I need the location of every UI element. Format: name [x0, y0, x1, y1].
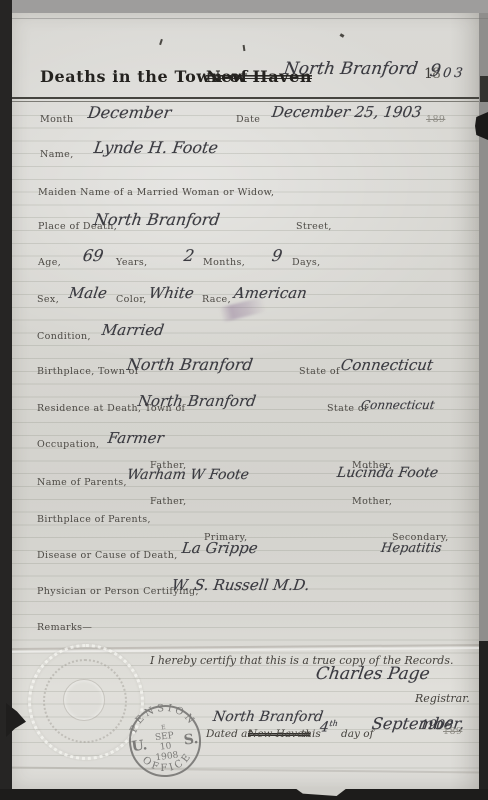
- handwritten-town: North Branford: [283, 59, 419, 79]
- paper-right-shadow: [450, 13, 479, 789]
- race-value: American: [233, 284, 308, 302]
- year-suffix: 03: [442, 66, 467, 81]
- pension-office-stamp-graphic: PENSION OFFICE U. S. E SEP 10 1908: [122, 698, 209, 785]
- parents-birthplace-label: Birthplace of Parents,: [37, 514, 151, 525]
- dated-day-of-label: day of: [341, 728, 373, 740]
- sex-label: Sex,: [37, 294, 59, 305]
- years-label: Years,: [116, 257, 148, 268]
- mother-label-2: Mother,: [352, 496, 392, 507]
- race-label: Race,: [202, 294, 231, 305]
- residence-value: North Branford: [137, 392, 257, 410]
- dated-day-suffix: th: [329, 719, 339, 728]
- registrar-signature: Charles Page: [315, 664, 431, 684]
- dated-this-label: this: [301, 728, 321, 740]
- father-label-2: Father,: [150, 496, 187, 507]
- scan-background-left: [0, 0, 12, 800]
- birthplace-state-label: State of: [299, 366, 340, 377]
- scan-background-right: [479, 13, 488, 645]
- age-label: Age,: [38, 257, 61, 268]
- scanned-death-record: Deaths in the Town of New Haven North Br…: [0, 0, 488, 800]
- age-years-value: 69: [82, 246, 105, 265]
- cause-secondary-value: Hepatitis: [380, 541, 443, 556]
- cause-primary-value: La Grippe: [181, 539, 259, 557]
- color-value: White: [148, 284, 195, 302]
- occupation-value: Farmer: [107, 429, 165, 447]
- embossed-seal-center: [63, 679, 105, 721]
- name-value: Lynde H. Foote: [93, 138, 220, 157]
- cause-of-death-label: Disease or Cause of Death,: [37, 550, 178, 561]
- title-rule-light: [12, 101, 479, 102]
- torn-edge-right-upper: [480, 76, 488, 102]
- residence-state-value: Connecticut: [360, 398, 436, 412]
- scan-background-top: [12, 0, 488, 13]
- title-rule-heavy: [12, 97, 479, 99]
- dated-day-value: 4th: [319, 719, 339, 736]
- date-label: Date: [236, 114, 260, 125]
- scan-background-bottom: [0, 789, 488, 800]
- street-label: Street,: [296, 221, 332, 232]
- birthplace-label: Birthplace, Town of: [37, 366, 139, 377]
- date-value: December 25, 1903: [271, 103, 423, 121]
- maiden-name-label: Maiden Name of a Married Woman or Widow,: [38, 187, 274, 198]
- remarks-label: Remarks—: [37, 622, 92, 633]
- dated-at-label: Dated at: [206, 728, 252, 740]
- birthplace-value: North Branford: [126, 355, 254, 374]
- dated-handwritten-town: North Branford: [212, 709, 324, 725]
- dated-struck-printed-year: 189: [443, 726, 462, 737]
- paper-top-seam: [12, 18, 488, 19]
- pension-office-stamp: PENSION OFFICE U. S. E SEP 10 1908: [122, 698, 209, 785]
- registrar-label: Registrar.: [415, 692, 470, 705]
- sex-value: Male: [68, 284, 109, 302]
- condition-label: Condition,: [37, 331, 91, 342]
- physician-value: W. S. Russell M.D.: [171, 576, 311, 594]
- month-label: Month: [40, 114, 74, 125]
- embossed-seal-inner-ring: [43, 659, 127, 743]
- name-label: Name,: [40, 149, 74, 160]
- stamp-s-letter: S.: [183, 731, 199, 749]
- struck-printed-year: 189: [426, 114, 445, 125]
- mother-name-value: Lucinda Foote: [336, 465, 439, 481]
- months-label: Months,: [203, 257, 245, 268]
- condition-value: Married: [101, 321, 165, 339]
- father-name-value: Warham W Foote: [126, 467, 250, 483]
- birthplace-state-value: Connecticut: [340, 356, 435, 374]
- occupation-label: Occupation,: [37, 439, 99, 450]
- days-label: Days,: [292, 257, 321, 268]
- month-value: December: [87, 103, 173, 122]
- color-label: Color,: [116, 294, 147, 305]
- stamp-center-mark: E: [161, 724, 166, 731]
- parents-label: Name of Parents,: [37, 477, 127, 488]
- stamp-u-letter: U.: [131, 737, 149, 755]
- place-of-death-value: North Branford: [93, 210, 221, 229]
